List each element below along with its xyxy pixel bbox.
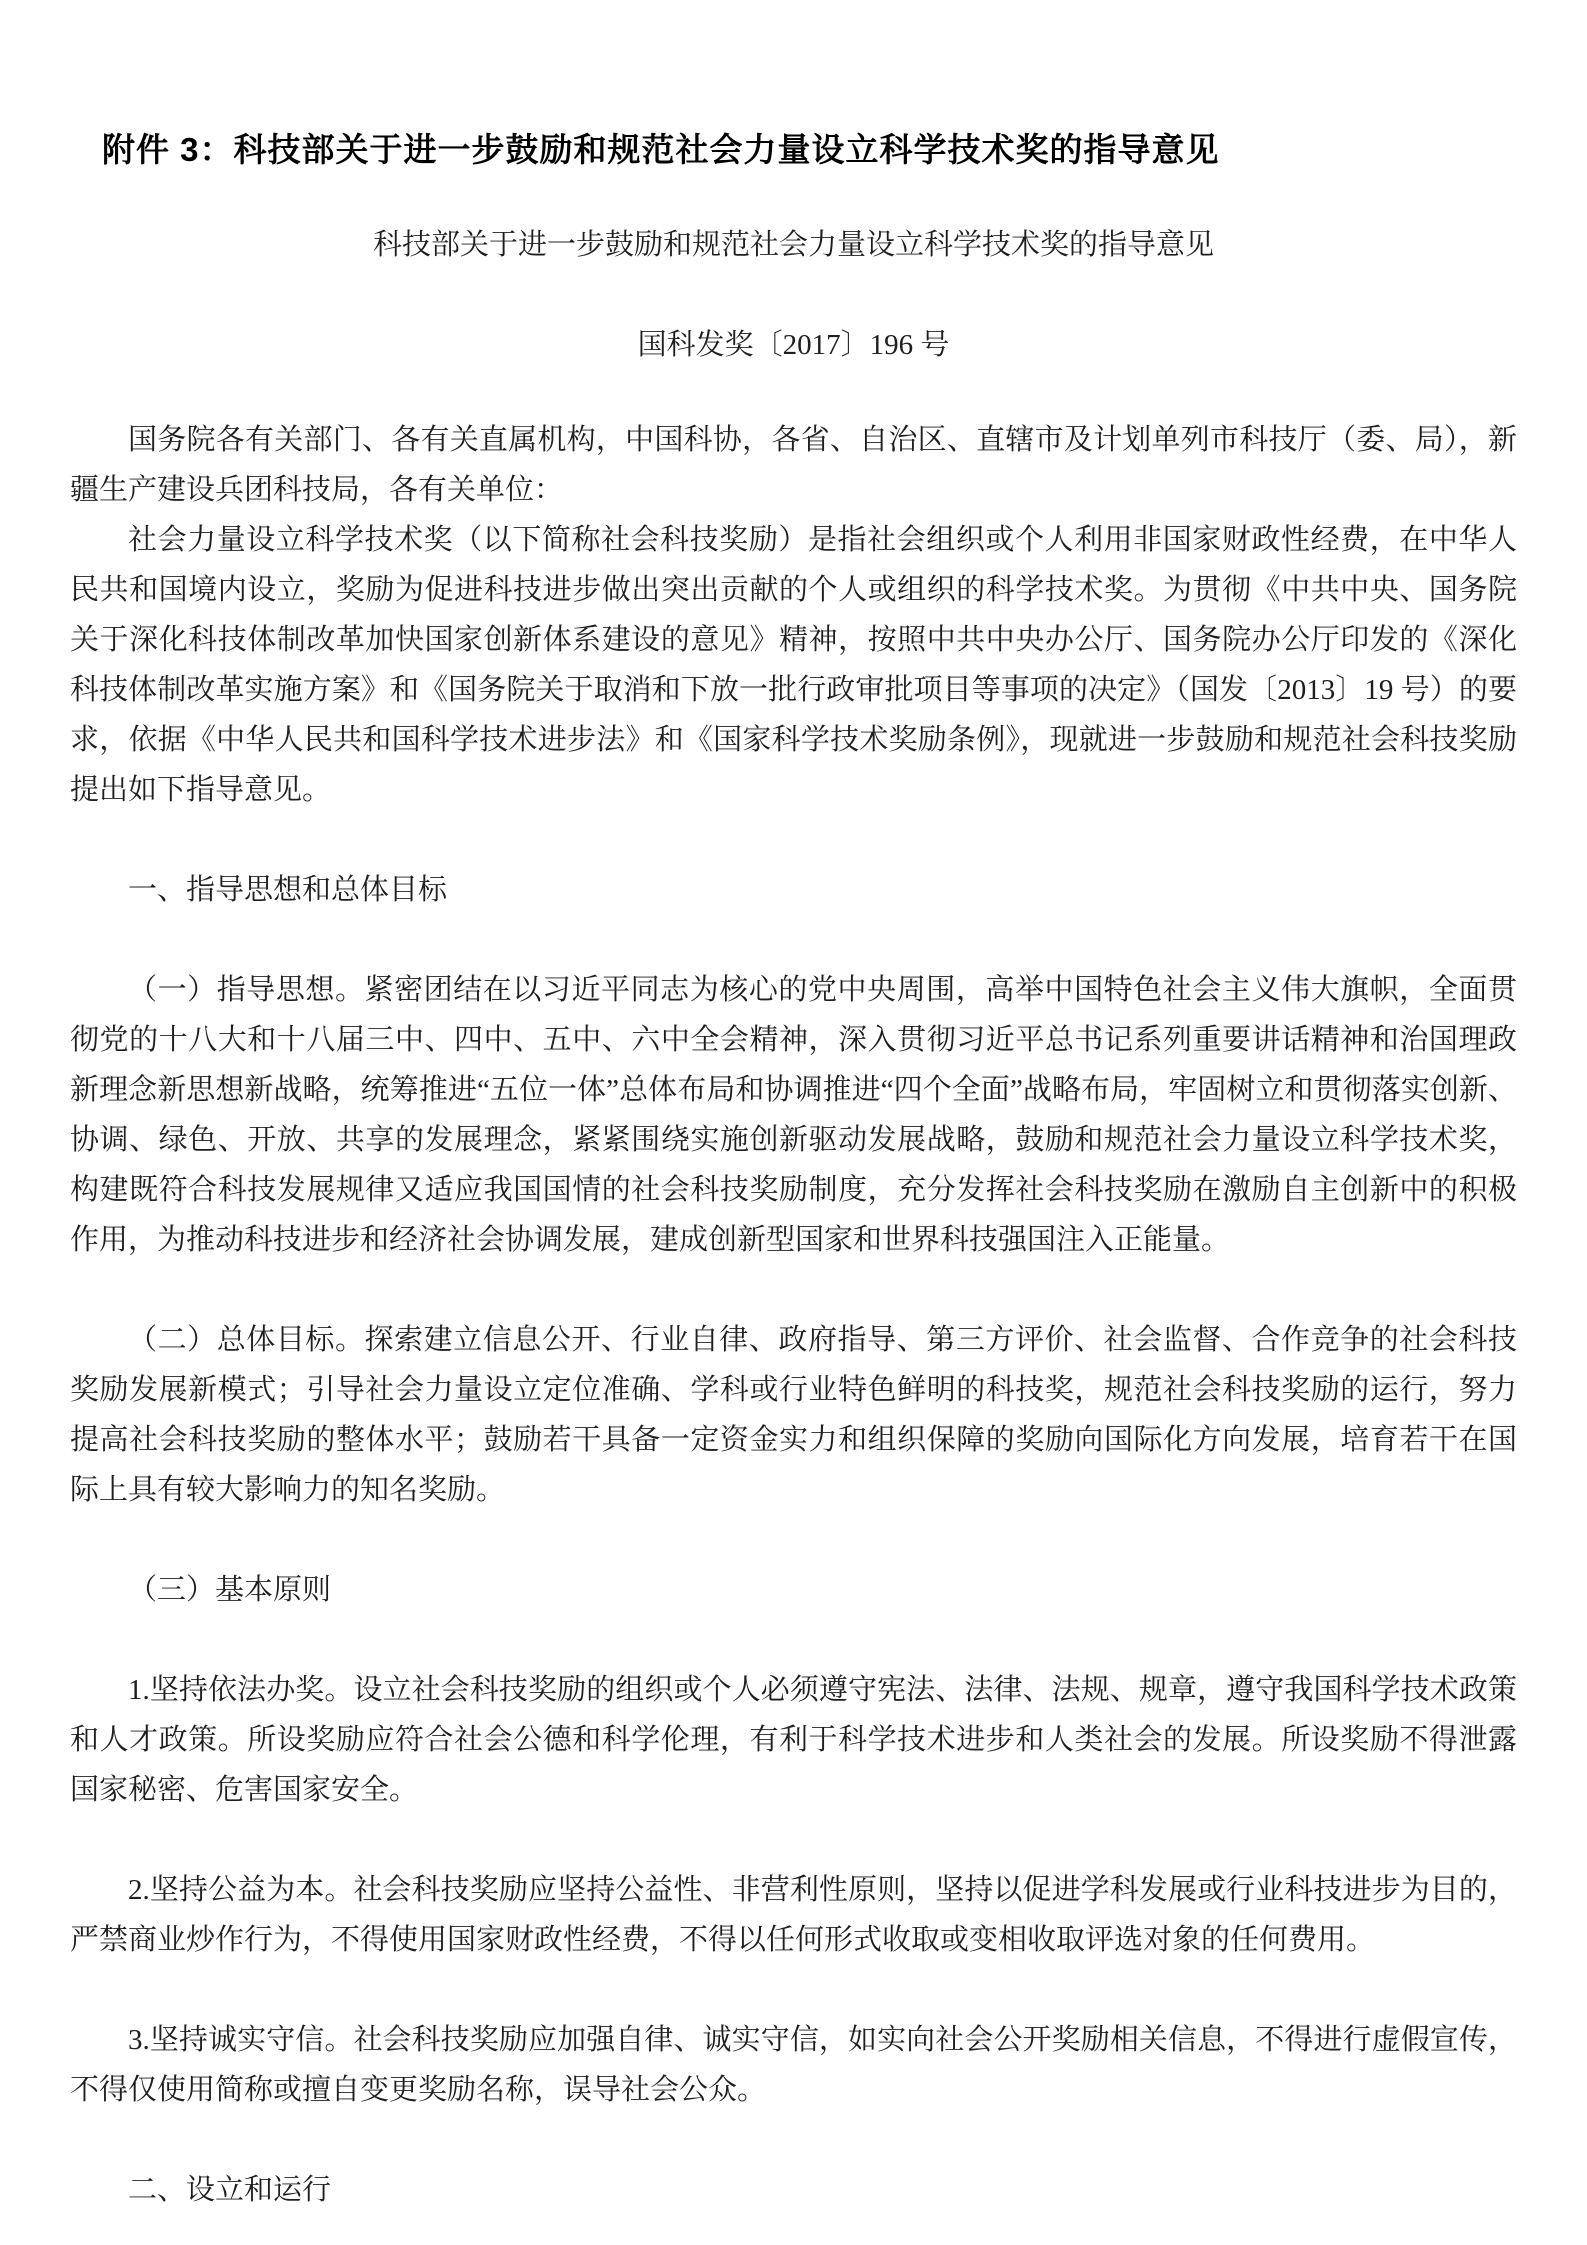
salutation-paragraph: 国务院各有关部门、各有关直属机构，中国科协，各省、自治区、直辖市及计划单列市科技… <box>70 415 1517 515</box>
document-page: 附件 3：科技部关于进一步鼓励和规范社会力量设立科学技术奖的指导意见 科技部关于… <box>0 0 1587 2245</box>
principle-item-1: 1.坚持依法办奖。设立社会科技奖励的组织或个人必须遵守宪法、法律、法规、规章，遵… <box>70 1665 1517 1815</box>
paragraph-overall-goal: （二）总体目标。探索建立信息公开、行业自律、政府指导、第三方评价、社会监督、合作… <box>70 1315 1517 1515</box>
principle-item-3: 3.坚持诚实守信。社会科技奖励应加强自律、诚实守信，如实向社会公开奖励相关信息，… <box>70 2015 1517 2115</box>
document-number: 国科发奖〔2017〕196 号 <box>70 320 1517 370</box>
attachment-title: 附件 3：科技部关于进一步鼓励和规范社会力量设立科学技术奖的指导意见 <box>102 125 1517 175</box>
document-title: 科技部关于进一步鼓励和规范社会力量设立科学技术奖的指导意见 <box>70 220 1517 270</box>
principle-item-2: 2.坚持公益为本。社会科技奖励应坚持公益性、非营利性原则，坚持以促进学科发展或行… <box>70 1865 1517 1965</box>
paragraph-guiding-ideology: （一）指导思想。紧密团结在以习近平同志为核心的党中央周围，高举中国特色社会主义伟… <box>70 965 1517 1265</box>
section-heading-2: 二、设立和运行 <box>70 2165 1517 2215</box>
section-heading-1: 一、指导思想和总体目标 <box>70 865 1517 915</box>
intro-paragraph: 社会力量设立科学技术奖（以下简称社会科技奖励）是指社会组织或个人利用非国家财政性… <box>70 515 1517 815</box>
heading-basic-principles: （三）基本原则 <box>70 1565 1517 1615</box>
